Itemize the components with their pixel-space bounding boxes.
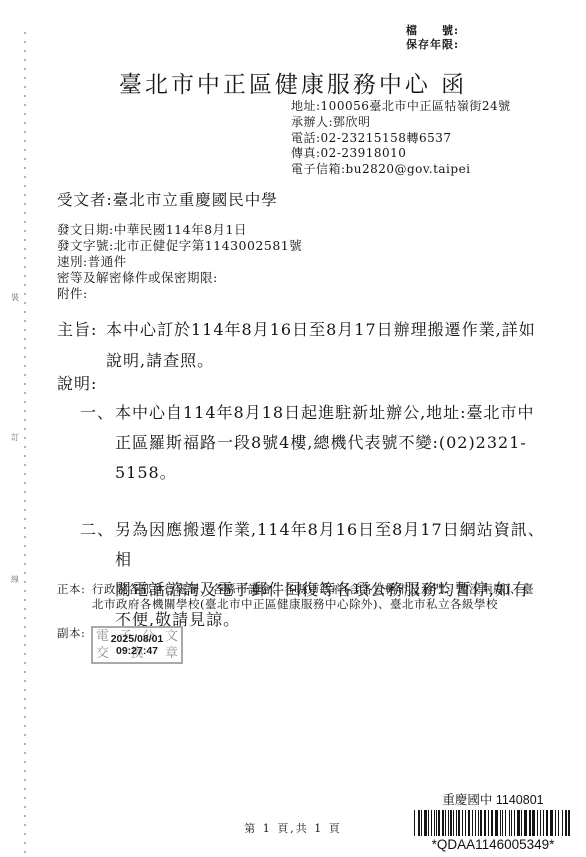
binding-mark-ding: 訂 [11,434,19,442]
sender-email: 電子信箱:bu2820@gov.taipei [291,162,511,178]
security-classification: 密等及解密條件或保密期限: [57,270,302,286]
subject-line-1: 本中心訂於114年8月16日至8月17日辦理搬遷作業,詳如 [57,315,547,346]
item-line: 另為因應搬遷作業,114年8月16日至8月17日網站資訊、相 [80,515,550,575]
stamp-timestamp: 2025/08/01 09:27:47 [93,628,181,662]
copy-label: 副本: [57,626,85,641]
original-recipients-text: 行政院各部會行處署、各縣市議會、各縣市政府(含各直轄市及金門、連江兩縣)、臺北市… [57,582,537,612]
document-number: 發文字號:北市正健促字第1143002581號 [57,238,302,254]
binding-mark-xian: 線 [11,576,19,584]
attachment-field: 附件: [57,286,302,302]
official-letter-page: 裝 訂 線 檔 號: 保存年限: 臺北市中正區健康服務中心 函 地址:10005… [0,0,586,857]
binding-dotted-line [24,32,26,853]
barcode-label: 重慶國中 1140801 [404,793,582,808]
priority-level: 速別:普通件 [57,254,302,270]
binding-mark-zhuang: 裝 [11,294,19,302]
barcode [404,810,582,836]
sender-phone: 電話:02-23215158轉6537 [291,131,511,147]
subject-line-2: 說明,請查照。 [57,346,547,377]
sender-info-block: 地址:100056臺北市中正區牯嶺街24號 承辦人:鄧欣明 電話:02-2321… [291,99,511,178]
barcode-code-text: *QDAA1146005349* [404,837,582,853]
sender-contact-person: 承辦人:鄧欣明 [291,115,511,131]
sender-address: 地址:100056臺北市中正區牯嶺街24號 [291,99,511,115]
description-item-1: 一、 本中心自114年8月18日起進駐新址辦公,地址:臺北市中 正區羅斯福路一段… [80,398,550,488]
stamp-date: 2025/08/01 [111,633,164,645]
issue-date: 發文日期:中華民國114年8月1日 [57,222,302,238]
item-number: 一、 [80,398,114,428]
document-title: 臺北市中正區健康服務中心 函 [0,66,586,99]
recipient-line: 受文者:臺北市立重慶國民中學 [57,188,278,210]
file-info-block: 檔 號: 保存年限: [406,24,459,51]
item-line: 本中心自114年8月18日起進駐新址辦公,地址:臺北市中 [80,398,550,428]
file-number-label: 檔 號: [406,24,459,38]
electronic-exchange-stamp: 電子公文 交換章 2025/08/01 09:27:47 [91,626,183,664]
retention-period-label: 保存年限: [406,38,459,52]
stamp-time: 09:27:47 [116,645,158,657]
item-line: 5158。 [80,458,550,488]
item-number: 二、 [80,515,114,545]
original-recipients-row: 正本: 行政院各部會行處署、各縣市議會、各縣市政府(含各直轄市及金門、連江兩縣)… [57,582,537,612]
subject-section: 主旨: 本中心訂於114年8月16日至8月17日辦理搬遷作業,詳如 說明,請查照… [57,315,547,376]
description-label: 說明: [57,371,97,394]
subject-label: 主旨: [57,315,97,346]
original-label: 正本: [57,582,85,597]
sender-fax: 傳真:02-23918010 [291,146,511,162]
barcode-block: 重慶國中 1140801 *QDAA1146005349* [404,793,582,853]
item-line: 正區羅斯福路一段8號4樓,總機代表號不變:(02)2321- [80,428,550,458]
document-meta-block: 發文日期:中華民國114年8月1日 發文字號:北市正健促字第1143002581… [57,222,302,302]
